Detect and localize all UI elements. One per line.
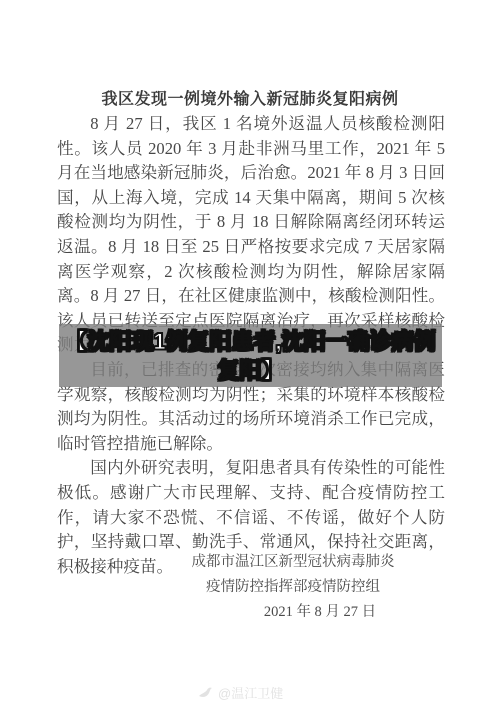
signature-org-line-2: 疫情防控指挥部疫情防控组 (178, 575, 408, 600)
dove-logo-icon (198, 686, 214, 700)
document-title: 我区发现一例境外输入新冠肺炎复阳病例 (0, 86, 500, 109)
document-page: 我区发现一例境外输入新冠肺炎复阳病例 8 月 27 日，我区 1 名境外返温人员… (0, 0, 500, 707)
body-paragraph-1: 8 月 27 日，我区 1 名境外返温人员核酸检测阳性。该人员 2020 年 3… (57, 112, 445, 358)
signature-date: 2021 年 8 月 27 日 (232, 600, 408, 625)
headline-overlay-text: 【沈阳现1例复阳患者,沈阳一确诊病例复阳】 (59, 327, 442, 385)
watermark: @温江卫健 (198, 683, 283, 702)
signature-block: 成都市温江区新型冠状病毒肺炎 疫情防控指挥部疫情防控组 2021 年 8 月 2… (178, 550, 408, 625)
signature-org-line-1: 成都市温江区新型冠状病毒肺炎 (178, 550, 408, 575)
watermark-text: @温江卫健 (218, 683, 283, 702)
headline-overlay-banner: 【沈阳现1例复阳患者,沈阳一确诊病例复阳】 (59, 324, 442, 387)
